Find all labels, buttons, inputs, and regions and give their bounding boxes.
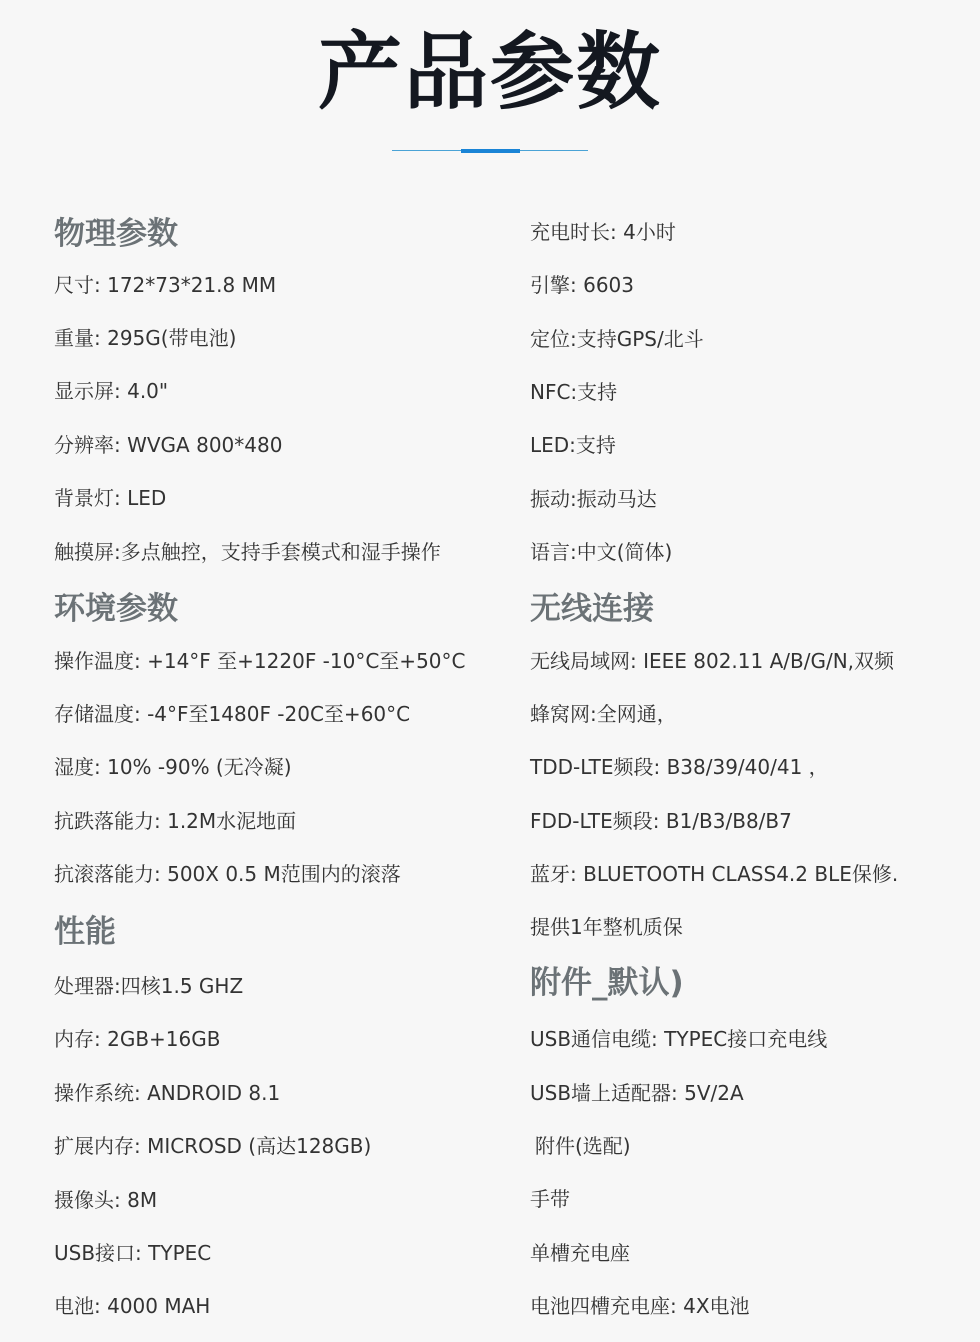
spec-memory: 内存: 2GB+16GB [54,1025,220,1053]
section-heading-accessories: 附件_默认) [530,963,684,1003]
spec-warranty: 提供1年整机质保 [530,913,683,941]
spec-processor: 处理器:四核1.5 GHZ [54,972,243,1000]
spec-wlan: 无线局域网: IEEE 802.11 A/B/G/N,双频 [530,647,894,675]
section-heading-performance: 性能 [54,912,116,952]
spec-nfc: NFC:支持 [530,378,617,406]
spec-language: 语言:中文(简体) [530,538,672,566]
section-heading-environment: 环境参数 [54,589,178,629]
spec-operating-temp: 操作温度: +14°F 至+1220F -10°C至+50°C [54,647,465,675]
accessory-single-cradle: 单槽充电座 [530,1239,630,1267]
spec-battery: 电池: 4000 MAH [54,1292,210,1320]
spec-usb: USB接口: TYPEC [54,1239,211,1267]
spec-humidity: 湿度: 10% -90% (无冷凝) [54,753,292,781]
spec-camera: 摄像头: 8M [54,1186,157,1214]
spec-expansion: 扩展内存: MICROSD (高达128GB) [54,1132,371,1160]
accessory-wall-adapter: USB墙上适配器: 5V/2A [530,1079,744,1107]
accessory-usb-cable: USB通信电缆: TYPEC接口充电线 [530,1025,827,1053]
spec-resolution: 分辨率: WVGA 800*480 [54,431,282,459]
accessory-quad-battery-charger: 电池四槽充电座: 4X电池 [530,1292,750,1320]
spec-backlight: 背景灯: LED [54,484,166,512]
spec-storage-temp: 存储温度: -4°F至1480F -20C至+60°C [54,700,410,728]
spec-fdd-lte: FDD-LTE频段: B1/B3/B8/B7 [530,807,792,835]
accessory-hand-strap: 手带 [530,1185,570,1213]
spec-cellular: 蜂窝网:全网通， [530,700,677,728]
section-heading-wireless: 无线连接 [530,589,654,629]
spec-touchscreen: 触摸屏:多点触控，支持手套模式和湿手操作 [54,538,441,566]
spec-weight: 重量: 295G(带电池) [54,324,236,352]
spec-led: LED:支持 [530,431,616,459]
accessory-optional-label: 附件(选配) [535,1132,631,1160]
spec-tdd-lte: TDD-LTE频段: B38/39/40/41 ， [530,753,829,781]
section-heading-physical: 物理参数 [54,214,178,254]
spec-bluetooth: 蓝牙: BLUETOOTH CLASS4.2 BLE保修. [530,860,898,888]
spec-display: 显示屏: 4.0" [54,377,168,405]
page-title: 产品参数 [0,22,980,122]
spec-charge-time: 充电时长: 4小时 [530,218,676,246]
spec-os: 操作系统: ANDROID 8.1 [54,1079,280,1107]
spec-vibration: 振动:振动马达 [530,485,657,513]
spec-drop-resistance: 抗跌落能力: 1.2M水泥地面 [54,807,296,835]
spec-positioning: 定位:支持GPS/北斗 [530,325,704,353]
title-divider-accent [461,149,520,153]
spec-engine: 引擎: 6603 [530,271,634,299]
spec-size: 尺寸: 172*73*21.8 MM [54,271,276,299]
spec-tumble-resistance: 抗滚落能力: 500X 0.5 M范围内的滚落 [54,860,401,888]
